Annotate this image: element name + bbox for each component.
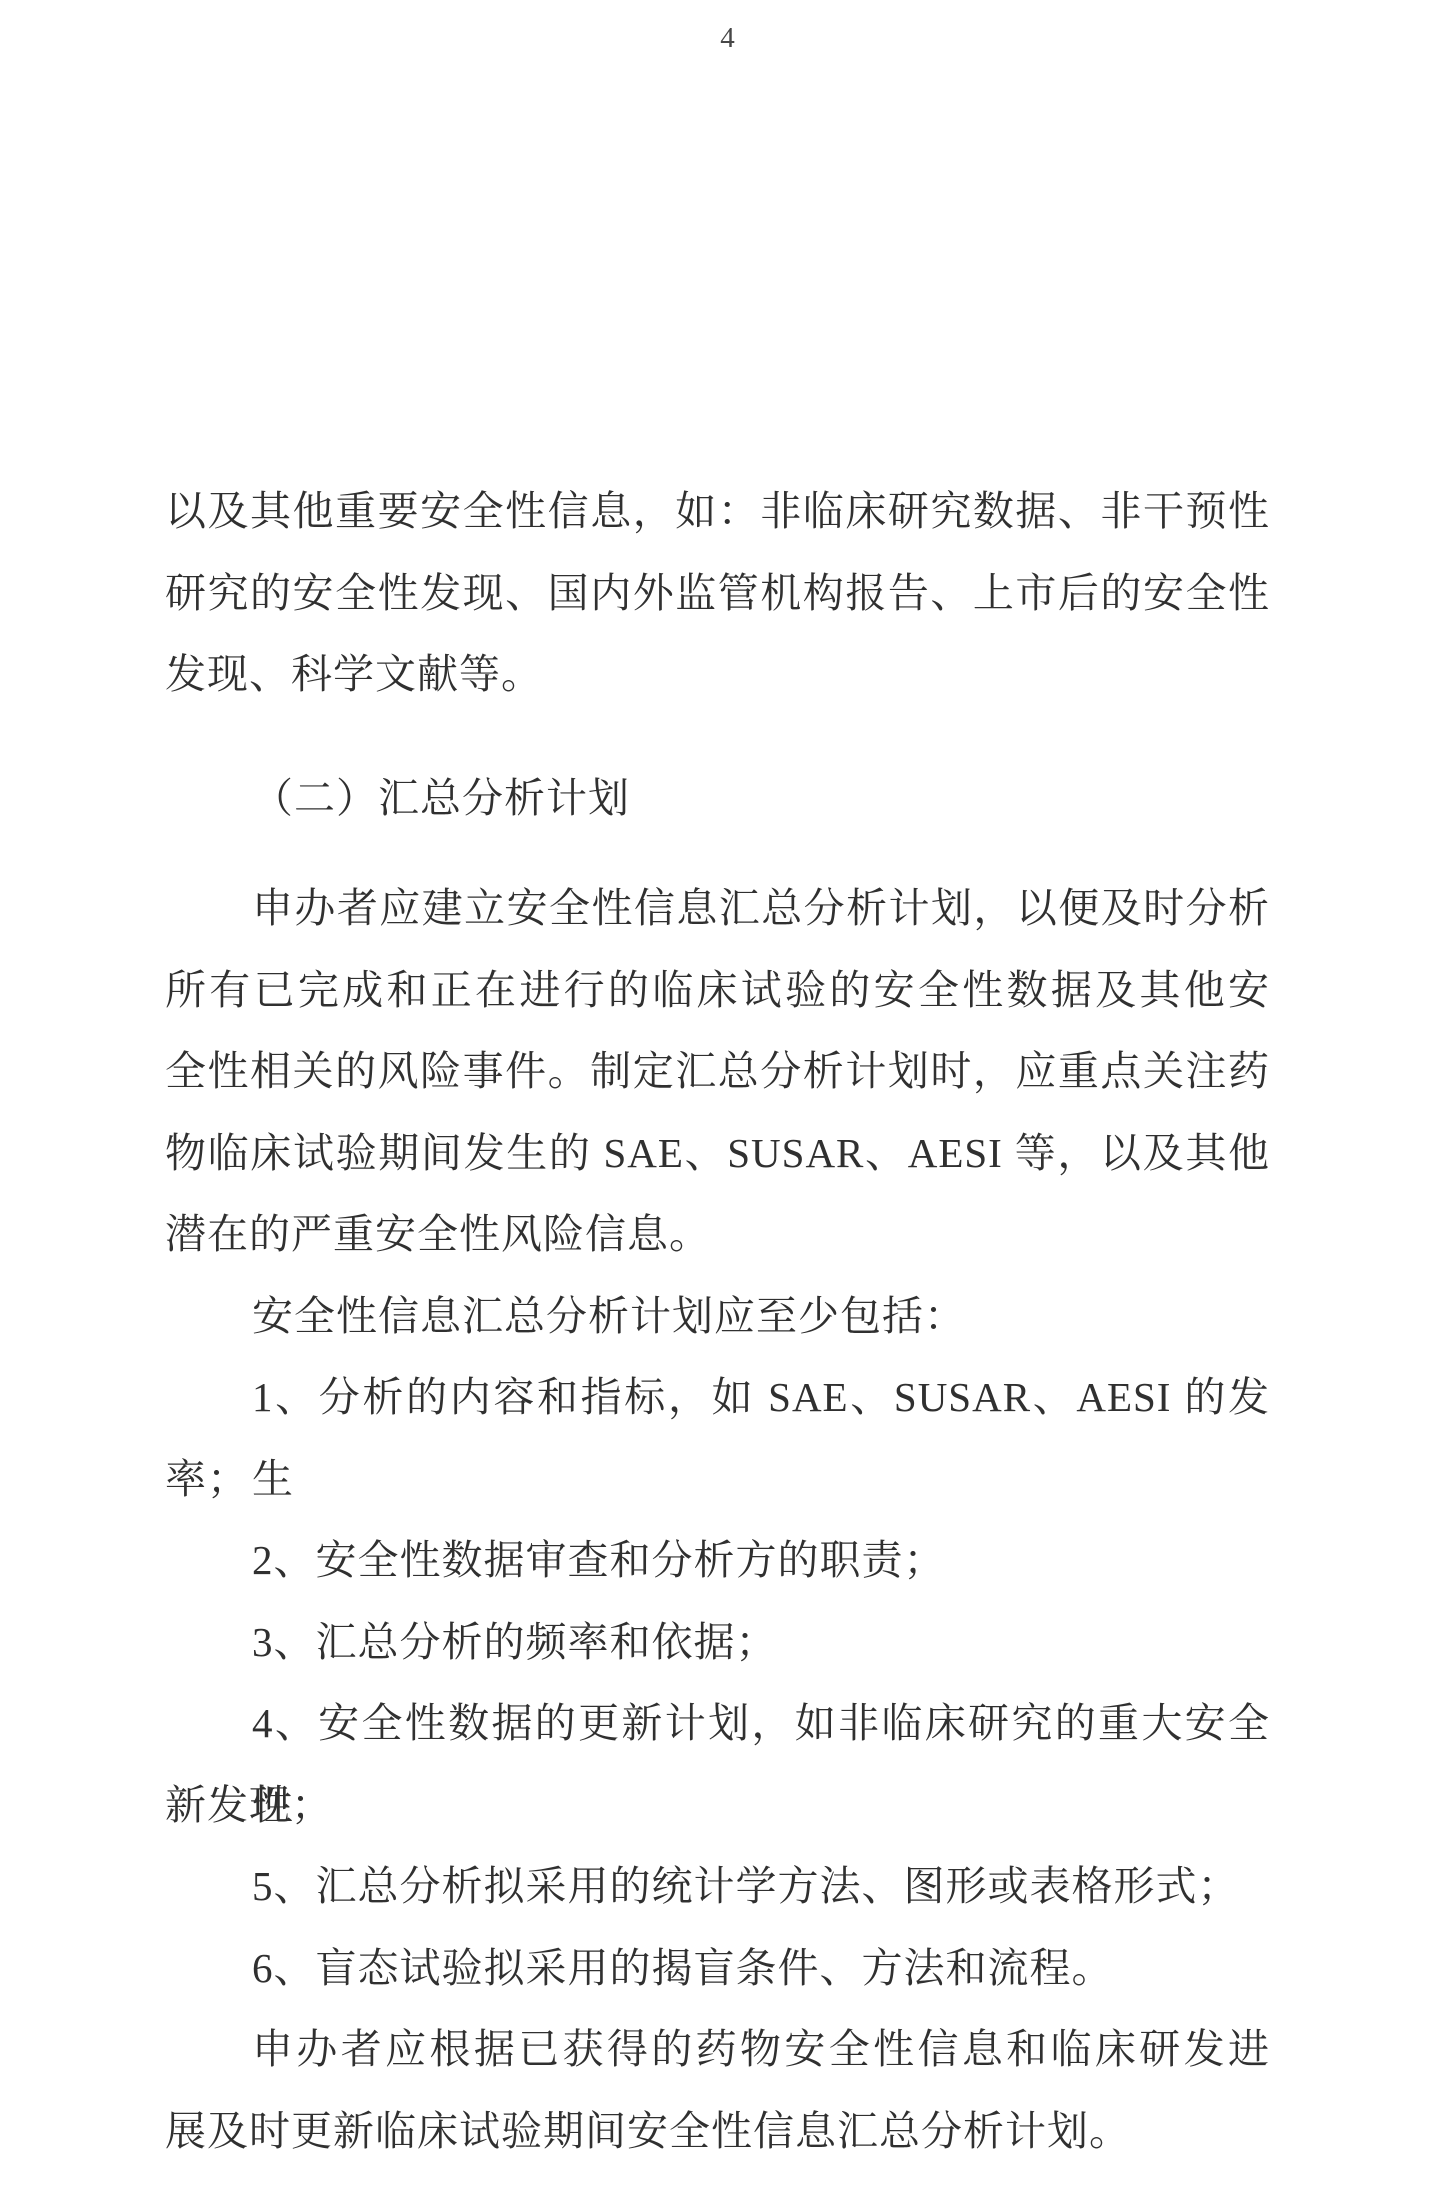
text-line: 全性相关的风险事件。制定汇总分析计划时，应重点关注药 — [165, 1031, 1270, 1113]
body-paragraph: 以及其他重要安全性信息，如：非临床研究数据、非干预性研究的安全性发现、国内外监管… — [165, 471, 1270, 716]
text-line: 3、汇总分析的频率和依据； — [165, 1602, 1270, 1684]
document-page: 4 以及其他重要安全性信息，如：非临床研究数据、非干预性研究的安全性发现、国内外… — [0, 0, 1455, 2209]
body-paragraph: 申办者应根据已获得的药物安全性信息和临床研发进展及时更新临床试验期间安全性信息汇… — [165, 2009, 1270, 2172]
text-line: 研究的安全性发现、国内外监管机构报告、上市后的安全性 — [165, 553, 1270, 635]
text-line: 以及其他重要安全性信息，如：非临床研究数据、非干预性 — [165, 471, 1270, 553]
text-line: 申办者应建立安全性信息汇总分析计划，以便及时分析 — [165, 868, 1270, 950]
list-item: 3、汇总分析的频率和依据； — [165, 1602, 1270, 1684]
text-line: 5、汇总分析拟采用的统计学方法、图形或表格形式； — [165, 1846, 1270, 1928]
list-item: 5、汇总分析拟采用的统计学方法、图形或表格形式； — [165, 1846, 1270, 1928]
text-line: 申办者应根据已获得的药物安全性信息和临床研发进 — [165, 2009, 1270, 2091]
body-paragraph: 安全性信息汇总分析计划应至少包括： — [165, 1276, 1270, 1358]
list-item: 6、盲态试验拟采用的揭盲条件、方法和流程。 — [165, 1928, 1270, 2010]
text-line: （二）汇总分析计划 — [165, 758, 1270, 840]
text-line: 1、分析的内容和指标，如 SAE、SUSAR、AESI 的发生 — [165, 1357, 1270, 1439]
list-item: 1、分析的内容和指标，如 SAE、SUSAR、AESI 的发生率； — [165, 1357, 1270, 1520]
text-line: 安全性信息汇总分析计划应至少包括： — [165, 1276, 1270, 1358]
list-item: 2、安全性数据审查和分析方的职责； — [165, 1520, 1270, 1602]
text-line: 4、安全性数据的更新计划，如非临床研究的重大安全性 — [165, 1683, 1270, 1765]
text-line: 2、安全性数据审查和分析方的职责； — [165, 1520, 1270, 1602]
document-body: 以及其他重要安全性信息，如：非临床研究数据、非干预性研究的安全性发现、国内外监管… — [165, 471, 1270, 2172]
text-line: 发现、科学文献等。 — [165, 634, 1270, 716]
list-item: 4、安全性数据的更新计划，如非临床研究的重大安全性新发现； — [165, 1683, 1270, 1846]
body-paragraph: 申办者应建立安全性信息汇总分析计划，以便及时分析所有已完成和正在进行的临床试验的… — [165, 868, 1270, 1276]
text-line: 物临床试验期间发生的 SAE、SUSAR、AESI 等，以及其他 — [165, 1113, 1270, 1195]
text-line: 所有已完成和正在进行的临床试验的安全性数据及其他安 — [165, 950, 1270, 1032]
text-line: 率； — [165, 1439, 1270, 1521]
page-number: 4 — [0, 22, 1455, 55]
text-line: 展及时更新临床试验期间安全性信息汇总分析计划。 — [165, 2091, 1270, 2173]
text-line: 新发现； — [165, 1765, 1270, 1847]
section-heading: （二）汇总分析计划 — [165, 758, 1270, 840]
text-line: 6、盲态试验拟采用的揭盲条件、方法和流程。 — [165, 1928, 1270, 2010]
text-line: 潜在的严重安全性风险信息。 — [165, 1194, 1270, 1276]
